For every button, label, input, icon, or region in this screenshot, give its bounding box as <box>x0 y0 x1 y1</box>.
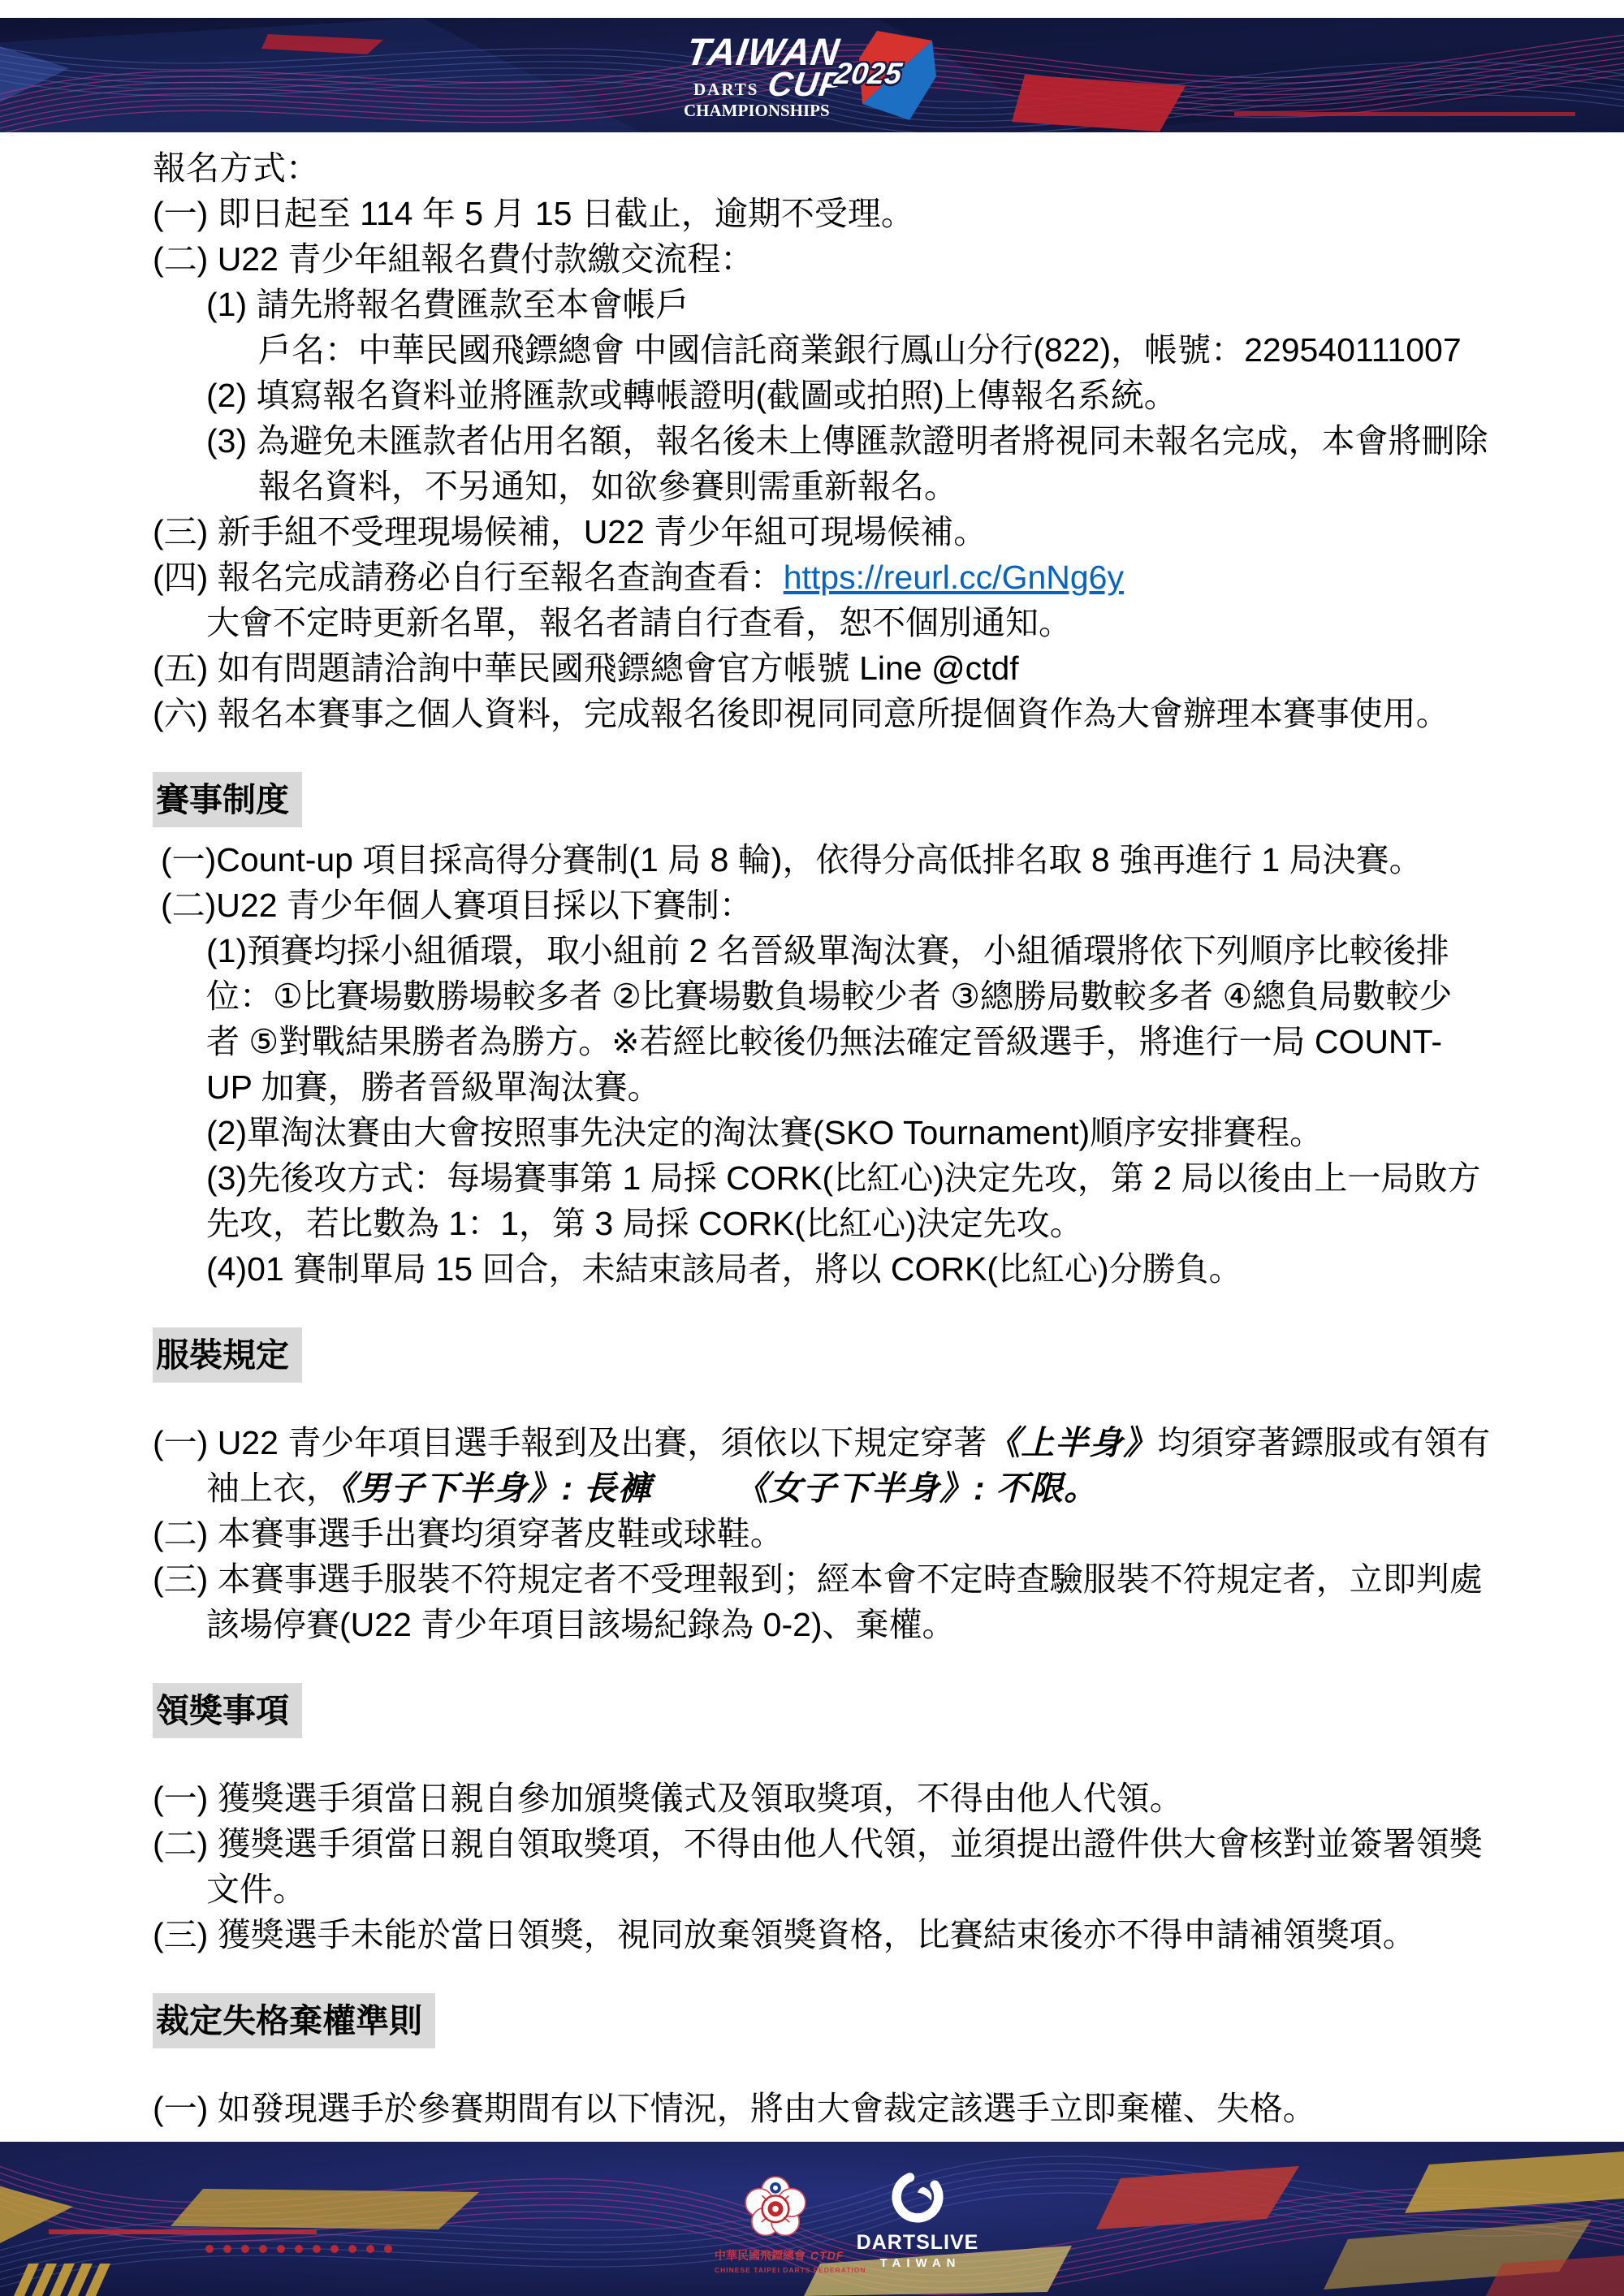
dartslive-swoosh-icon <box>887 2166 948 2228</box>
logo-year-text: 2025 <box>832 57 904 91</box>
section-heading-dress: 服裝規定 <box>153 1327 302 1383</box>
registration-query-label: (四) 報名完成請務必自行至報名查詢查看： <box>153 559 784 596</box>
dress-rule-text: 均須穿著鏢服或有領有 <box>1157 1424 1490 1461</box>
text-line: (1) 請先將報名費匯款至本會帳戶 <box>153 282 1486 327</box>
text-line: (二) 獲獎選手須當日親自領取獎項，不得由他人代領，並須提出證件供大會核對並簽署… <box>153 1821 1486 1867</box>
dartslive-brand-text: DARTSLIVE <box>844 2231 991 2255</box>
text-line: 該場停賽(U22 青少年項目該場紀錄為 0-2)、棄權。 <box>153 1602 1486 1647</box>
footer-banner: 中華民國飛鏢總會CTDF CHINESE TAIPEI DARTS FEDERA… <box>0 2142 1624 2296</box>
dartslive-logo: DARTSLIVE TAIWAN <box>844 2166 991 2270</box>
text-line: (一)Count-up 項目採高得分賽制(1 局 8 輪)，依得分高低排名取 8… <box>153 837 1486 883</box>
ctdf-logo: 中華民國飛鏢總會CTDF CHINESE TAIPEI DARTS FEDERA… <box>715 2173 836 2274</box>
text-line: (2)單淘汰賽由大會按照事先決定的淘汰賽(SKO Tournament)順序安排… <box>153 1110 1486 1155</box>
text-line: (三) 新手組不受理現場候補，U22 青少年組可現場候補。 <box>153 509 1486 555</box>
text-line: (一) 如發現選手於參賽期間有以下情況，將由大會裁定該選手立即棄權、失格。 <box>153 2086 1486 2131</box>
text-line: (二) U22 青少年組報名費付款繳交流程： <box>153 236 1486 282</box>
text-line: UP 加賽，勝者晉級單淘汰賽。 <box>153 1064 1486 1110</box>
text-line: (二)U22 青少年個人賽項目採以下賽制： <box>153 883 1486 928</box>
text-line: 袖上衣，《男子下半身》: 長褲 《女子下半身》: 不限。 <box>153 1465 1486 1511</box>
document-page: TAIWAN CUP 2025 DARTS CHAMPIONSHIPS 報名方式… <box>0 0 1624 2296</box>
ctdf-name-zh: 中華民國飛鏢總會 <box>715 2249 806 2262</box>
text-line: 報名資料，不另通知，如欲參賽則需重新報名。 <box>153 464 1486 509</box>
text-line: 先攻，若比數為 1：1，第 3 局採 CORK(比紅心)決定先攻。 <box>153 1201 1486 1246</box>
dress-rule-emphasis: 《上半身》 <box>987 1424 1157 1461</box>
taiwan-cup-logo: TAIWAN CUP 2025 DARTS CHAMPIONSHIPS <box>684 29 940 123</box>
logo-championships-text: CHAMPIONSHIPS <box>684 101 830 121</box>
logo-darts-text: DARTS <box>693 80 758 100</box>
text-line: 戶名：中華民國飛鏢總會 中國信託商業銀行鳳山分行(822)，帳號：2295401… <box>153 327 1486 373</box>
text-line: 位：①比賽場數勝場較多者 ②比賽場數負場較少者 ③總勝局數較多者 ④總負局數較少 <box>153 973 1486 1019</box>
ctdf-name-en: CHINESE TAIPEI DARTS FEDERATION <box>715 2266 836 2274</box>
section-heading-system: 賽事制度 <box>153 772 302 827</box>
section-heading-awards: 領獎事項 <box>153 1683 302 1738</box>
dress-rule-emphasis: 《女子下半身》 <box>752 1470 974 1507</box>
text-line: (二) 本賽事選手出賽均須穿著皮鞋或球鞋。 <box>153 1511 1486 1556</box>
document-body: 報名方式： (一) 即日起至 114 年 5 月 15 日截止，逾期不受理。 (… <box>0 132 1624 2142</box>
spacer-text <box>652 1470 752 1507</box>
section-heading-row: 裁定失格棄權準則 <box>153 1993 1486 2048</box>
dress-rule-emphasis: 《男子下半身》 <box>339 1470 562 1507</box>
ctdf-abbr: CTDF <box>810 2249 844 2262</box>
dartslive-region-text: TAIWAN <box>844 2256 991 2270</box>
text-line: (五) 如有問題請洽詢中華民國飛鏢總會官方帳號 Line @ctdf <box>153 645 1486 691</box>
text-line: 大會不定時更新名單，報名者請自行查看，恕不個別通知。 <box>153 600 1486 645</box>
text-line: 文件。 <box>153 1867 1486 1912</box>
text-line: (3)先後攻方式：每場賽事第 1 局採 CORK(比紅心)決定先攻，第 2 局以… <box>153 1155 1486 1201</box>
text-line: (一) U22 青少年項目選手報到及出賽，須依以下規定穿著《上半身》均須穿著鏢服… <box>153 1420 1486 1465</box>
text-line: (三) 獲獎選手未能於當日領獎，視同放棄領獎資格，比賽結束後亦不得申請補領獎項。 <box>153 1912 1486 1957</box>
header-banner: TAIWAN CUP 2025 DARTS CHAMPIONSHIPS <box>0 18 1624 132</box>
text-line: (一) 即日起至 114 年 5 月 15 日截止，逾期不受理。 <box>153 191 1486 236</box>
text-line: (一) 獲獎選手須當日親自參加頒獎儀式及領取獎項，不得由他人代領。 <box>153 1776 1486 1821</box>
section-heading-ruling: 裁定失格棄權準則 <box>153 1993 435 2048</box>
dress-rule-value: : 長褲 <box>562 1470 652 1507</box>
ctdf-flower-icon <box>741 2173 810 2242</box>
section-heading-row: 服裝規定 <box>153 1327 1486 1383</box>
text-line: 者 ⑤對戰結果勝者為勝方。※若經比較後仍無法確定晉級選手，將進行一局 COUNT… <box>153 1019 1486 1064</box>
ctdf-name-row: 中華民國飛鏢總會CTDF <box>715 2247 836 2264</box>
registration-query-link[interactable]: https://reurl.cc/GnNg6y <box>784 559 1124 596</box>
dress-rule-text: (一) U22 青少年項目選手報到及出賽，須依以下規定穿著 <box>153 1424 987 1461</box>
text-line: (六) 報名本賽事之個人資料，完成報名後即視同同意所提個資作為大會辦理本賽事使用… <box>153 691 1486 736</box>
dress-rule-text: 袖上衣， <box>206 1470 339 1507</box>
text-line: (4)01 賽制單局 15 回合，未結束該局者，將以 CORK(比紅心)分勝負。 <box>153 1246 1486 1292</box>
text-line: (1)預賽均採小組循環，取小組前 2 名晉級單淘汰賽，小組循環將依下列順序比較後… <box>153 928 1486 973</box>
dress-rule-value: : 不限。 <box>974 1470 1098 1507</box>
section-heading-row: 賽事制度 <box>153 772 1486 827</box>
text-line: (3) 為避免未匯款者佔用名額，報名後未上傳匯款證明者將視同未報名完成，本會將刪… <box>153 418 1486 464</box>
text-line: (四) 報名完成請務必自行至報名查詢查看：https://reurl.cc/Gn… <box>153 555 1486 600</box>
text-line: 報名方式： <box>153 145 1486 191</box>
section-heading-row: 領獎事項 <box>153 1683 1486 1738</box>
text-line: (2) 填寫報名資料並將匯款或轉帳證明(截圖或拍照)上傳報名系統。 <box>153 373 1486 418</box>
text-line: (三) 本賽事選手服裝不符規定者不受理報到；經本會不定時查驗服裝不符規定者，立即… <box>153 1556 1486 1602</box>
